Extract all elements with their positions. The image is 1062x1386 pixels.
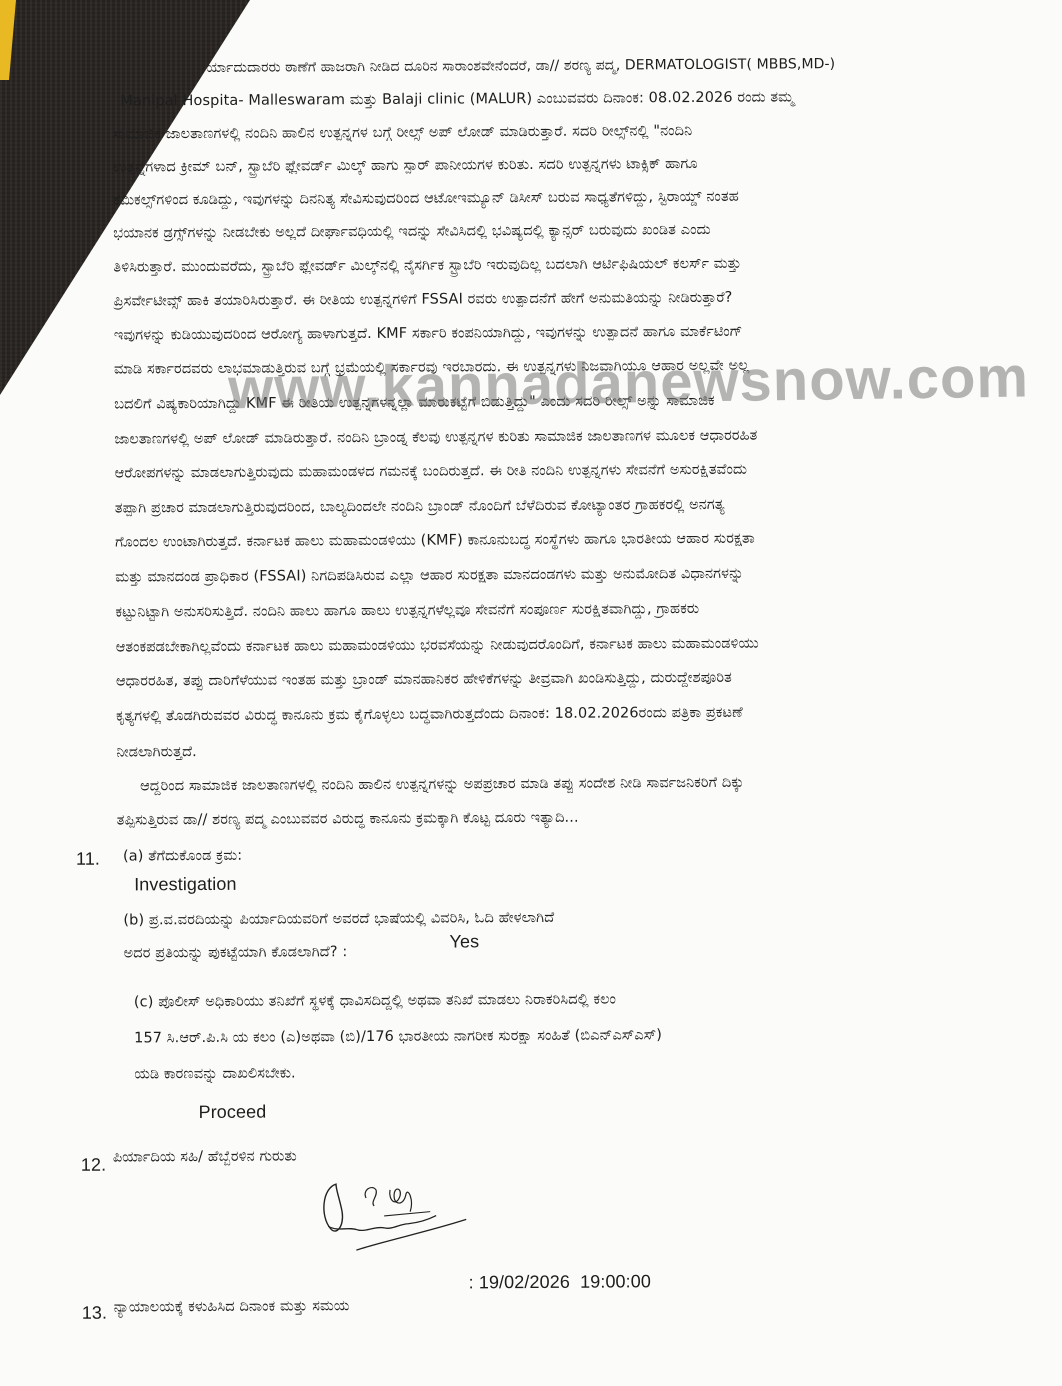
paragraph-line: ಗೊಂದಲ ಉಂಟಾಗಿರುತ್ತದೆ. ಕರ್ನಾಟಕ ಹಾಲು ಮಹಾಮಂಡ…: [115, 531, 755, 551]
reason-value: Proceed: [198, 1102, 266, 1123]
paragraph-line: ಇವುಗಳನ್ನು ಕುಡಿಯುವುದರಿಂದ ಆರೋಗ್ಯ ಹಾಳಾಗುತ್ತ…: [114, 324, 743, 344]
paragraph-line: ಕೃತ್ಯಗಳಲ್ಲಿ ತೊಡಗಿರುವವರ ವಿರುದ್ಧ ಕಾನೂನು ಕ್…: [116, 705, 743, 725]
action-taken-value: Investigation: [134, 874, 237, 896]
paragraph-line: ಸಾಮಾಜಿಕ ಜಾಲತಾಣಗಳಲ್ಲಿ ನಂದಿನಿ ಹಾಲಿನ ಉತ್ಪನ್…: [113, 123, 693, 143]
section-12-number: 12.: [81, 1155, 106, 1176]
court-date-value: : 19/02/2026 19:00:00: [469, 1271, 651, 1293]
section-13-number: 13.: [82, 1303, 107, 1324]
document-page: ರ್ಯಾದುದಾರರು ಠಾಣೆಗೆ ಹಾಜರಾಗಿ ನೀಡಿದ ದೂರಿನ ಸ…: [0, 0, 1062, 1386]
section-11-a-label: (a) ತೆಗೆದುಕೊಂಡ ಕ್ರಮ:: [123, 848, 242, 865]
paragraph-line: ತಪ್ಪಾಗಿ ಪ್ರಚಾರ ಮಾಡಲಾಗುತ್ತಿರುವುದರಿಂದ, ಬಾಲ…: [115, 497, 725, 517]
paragraph-line: ಮತ್ತು ಮಾನದಂಡ ಪ್ರಾಧಿಕಾರ (FSSAI) ನಿಗದಿಪಡಿಸ…: [115, 566, 744, 586]
section-11-c-line2: 157 ಸಿ.ಆರ್.ಪಿ.ಸಿ ಯ ಕಲಂ (ಎ)ಅಥವಾ (ಬಿ)/176 …: [134, 1027, 662, 1046]
paragraph-line: ಜಾಲತಾಣಗಳಲ್ಲಿ ಅಪ್ ಲೋಡ್ ಮಾಡಿರುತ್ತಾರೆ. ನಂದಿ…: [114, 428, 757, 448]
paragraph-line: ತಪ್ಪಿಸುತ್ತಿರುವ ಡಾ// ಶರಣ್ಯ ಪದ್ಮ ಎಂಬುವವರ ವ…: [117, 810, 579, 829]
paragraph-line: ಕೆಮಿಕಲ್ಸ್‌ಗಳಿಂದ ಕೂಡಿದ್ದು, ಇವುಗಳನ್ನು ದಿನನ…: [113, 189, 739, 209]
paragraph-line: ಪ್ರಿಸರ್ವೇಟೀವ್ಸ್ ಹಾಕಿ ತಯಾರಿಸಿರುತ್ತಾರೆ. ಈ …: [114, 290, 733, 310]
section-11-c-line1: (c) ಪೊಲೀಸ್ ಅಧಿಕಾರಿಯು ತನಿಖೆಗೆ ಸ್ಥಳಕ್ಕೆ ಧಾ…: [134, 991, 616, 1010]
section-11-number: 11.: [76, 849, 100, 870]
paragraph-line: ಆರೋಪಗಳನ್ನು ಮಾಡಲಾಗುತ್ತಿರುವುದು ಮಹಾಮಂಡಳದ ಗಮ…: [115, 462, 748, 482]
paragraph-line: ಆತಂಕಪಡಬೇಕಾಗಿಲ್ಲವೆಂದು ಕರ್ನಾಟಕ ಹಾಲು ಮಹಾಮಂಡ…: [116, 636, 759, 656]
paragraph-line: ಕಟ್ಟುನಿಟ್ಟಾಗಿ ಅನುಸರಿಸುತ್ತಿದೆ. ನಂದಿನಿ ಹಾಲ…: [115, 601, 699, 621]
section-11-b-line1: (b) ಪ್ರ.ವ.ವರದಿಯನ್ನು ಪಿರ್ಯಾದಿಯವರಿಗೆ ಅವರದೆ…: [123, 910, 554, 929]
paragraph-line: ಆದ್ದರಿಂದ ಸಾಮಾಜಿಕ ಜಾಲತಾಣಗಳಲ್ಲಿ ನಂದಿನಿ ಹಾಲ…: [117, 775, 744, 795]
paragraph-line: Manipal Hospita- Malleswaram ಮತ್ತು Balaj…: [120, 89, 794, 109]
signature-label: ಪಿರ್ಯಾದಿಯ ಸಹಿ/ ಹೆಬ್ಬೆರಳಿನ ಗುರುತು: [113, 1148, 297, 1165]
section-11-b-line2: ಅದರ ಪ್ರತಿಯನ್ನು ಪುಕಟ್ಟೆಯಾಗಿ ಕೊಡಲಾಗಿದೆ? :: [124, 944, 348, 961]
copy-given-value: Yes: [449, 931, 479, 952]
section-11-c-line3: ಯಡಿ ಕಾರಣವನ್ನು ದಾಖಲಿಸಬೇಕು.: [134, 1065, 296, 1082]
watermark: www.kannadanewsnow.com: [228, 343, 1030, 422]
paragraph-line: ಭಯಾನಕ ಡ್ರಗ್ಸ್‌ಗಳನ್ನು ನೀಡಬೇಕು ಅಲ್ಲದೆ ದೀರ್…: [113, 222, 711, 242]
complainant-signature: [318, 1175, 468, 1256]
paragraph-line: ತಿಳಿಸಿರುತ್ತಾರೆ. ಮುಂದುವರೆದು, ಸ್ಟ್ರಾಬೆರಿ ಫ…: [113, 256, 741, 276]
paragraph-line: ನೀಡಲಾಗಿರುತ್ತದೆ.: [116, 744, 197, 760]
paragraph-line: ರ್ಯಾದುದಾರರು ಠಾಣೆಗೆ ಹಾಜರಾಗಿ ನೀಡಿದ ದೂರಿನ ಸ…: [206, 56, 835, 76]
paragraph-line: ಆಧಾರರಹಿತ, ತಪ್ಪು ದಾರಿಗೆಳೆಯುವ ಇಂತಹ ಮತ್ತು ಬ…: [116, 670, 732, 690]
court-date-label: ನ್ಯಾಯಾಲಯಕ್ಕೆ ಕಳುಹಿಸಿದ ದಿನಾಂಕ ಮತ್ತು ಸಮಯ: [114, 1298, 350, 1315]
paragraph-line: ಉತ್ಪನ್ನಗಳಾದ ಕ್ರೀಮ್ ಬನ್, ಸ್ಟ್ರಾಬೆರಿ ಫ್ಲೇವ…: [113, 156, 698, 176]
